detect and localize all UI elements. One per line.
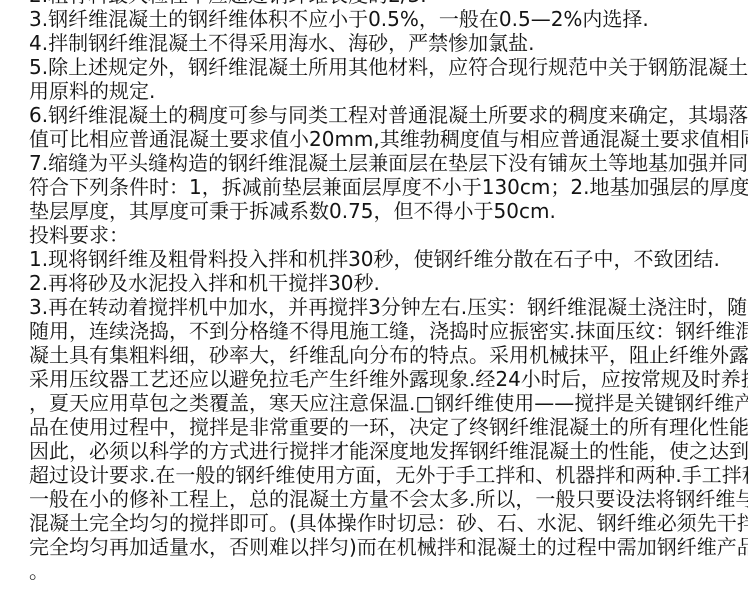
text-line: 完全均匀再加适量水，否则难以拌匀)而在机械拌和混凝土的过程中需加钢纤维产品 bbox=[29, 535, 748, 559]
clipped-text-line: 2.粗骨料最大粒径不应超过钢纤维长度的2/3. bbox=[29, 0, 748, 7]
text-line: 垫层厚度，其厚度可秉于拆减系数0.75，但不得小于50cm. bbox=[29, 199, 748, 223]
text-line: 7.缩缝为平头缝构造的钢纤维混凝土层兼面层在垫层下没有铺灰土等地基加强并同时 bbox=[29, 151, 748, 175]
text-line: 混凝土完全均匀的搅拌即可。(具体操作时切忌：砂、石、水泥、钢纤维必须先干拌 bbox=[29, 511, 748, 535]
text-line: 超过设计要求.在一般的钢纤维使用方面，无外于手工拌和、机器拌和两种.手工拌和 bbox=[29, 463, 748, 487]
text-line: 一般在小的修补工程上，总的混凝土方量不会太多.所以，一般只要设法将钢纤维与 bbox=[29, 487, 748, 511]
text-line: 品在使用过程中，搅拌是非常重要的一环，决定了终钢纤维混凝土的所有理化性能. bbox=[29, 415, 748, 439]
text-line: 3.再在转动着搅拌机中加水，并再搅拌3分钟左右.压实：钢纤维混凝土浇注时，随拌 bbox=[29, 295, 748, 319]
text-line: 2.再将砂及水泥投入拌和机干搅拌30秒. bbox=[29, 271, 748, 295]
text-lines: 3.钢纤维混凝土的钢纤维体积不应小于0.5%，一般在0.5—2%内选择.4.拌制… bbox=[29, 7, 748, 583]
text-line: 值可比相应普通混凝土要求值小20mm,其维勃稠度值与相应普通混凝土要求值相同. bbox=[29, 127, 748, 151]
screenshot-root: { "document": { "background": "#ffffff",… bbox=[0, 0, 750, 606]
text-line: 凝土具有集粗料细，砂率大，纤维乱向分布的特点。采用机械抹平，阻止纤维外露. bbox=[29, 343, 748, 367]
text-line: 符合下列条件时：1，拆减前垫层兼面层厚度不小于130cm；2.地基加强层的厚度大… bbox=[29, 175, 748, 199]
text-line: 因此，必须以科学的方式进行搅拌才能深度地发挥钢纤维混凝土的性能，使之达到并 bbox=[29, 439, 748, 463]
document-page: 2.粗骨料最大粒径不应超过钢纤维长度的2/3. 3.钢纤维混凝土的钢纤维体积不应… bbox=[0, 0, 750, 606]
text-line: 1.现将钢纤维及粗骨料投入拌和机拌30秒，使钢纤维分散在石子中，不致团结. bbox=[29, 247, 748, 271]
text-line: 4.拌制钢纤维混凝土不得采用海水、海砂，严禁惨加氯盐. bbox=[29, 31, 748, 55]
text-line: 6.钢纤维混凝土的稠度可参与同类工程对普通混凝土所要求的稠度来确定，其塌落度 bbox=[29, 103, 748, 127]
text-line: 采用压纹器工艺还应以避免拉毛产生纤维外露现象.经24小时后，应按常规及时养护 bbox=[29, 367, 748, 391]
text-line: 。 bbox=[29, 559, 748, 583]
text-line: 随用，连续浇捣，不到分格缝不得甩施工缝，浇捣时应振密实.抹面压纹：钢纤维混 bbox=[29, 319, 748, 343]
text-line: 3.钢纤维混凝土的钢纤维体积不应小于0.5%，一般在0.5—2%内选择. bbox=[29, 7, 748, 31]
text-line: 用原料的规定. bbox=[29, 79, 748, 103]
text-line: 投料要求： bbox=[29, 223, 748, 247]
text-line: 5.除上述规定外，钢纤维混凝土所用其他材料，应符合现行规范中关于钢筋混凝土所 bbox=[29, 55, 748, 79]
text-line: ，夏天应用草包之类覆盖，寒天应注意保温.□钢纤维使用——搅拌是关键钢纤维产 bbox=[29, 391, 748, 415]
